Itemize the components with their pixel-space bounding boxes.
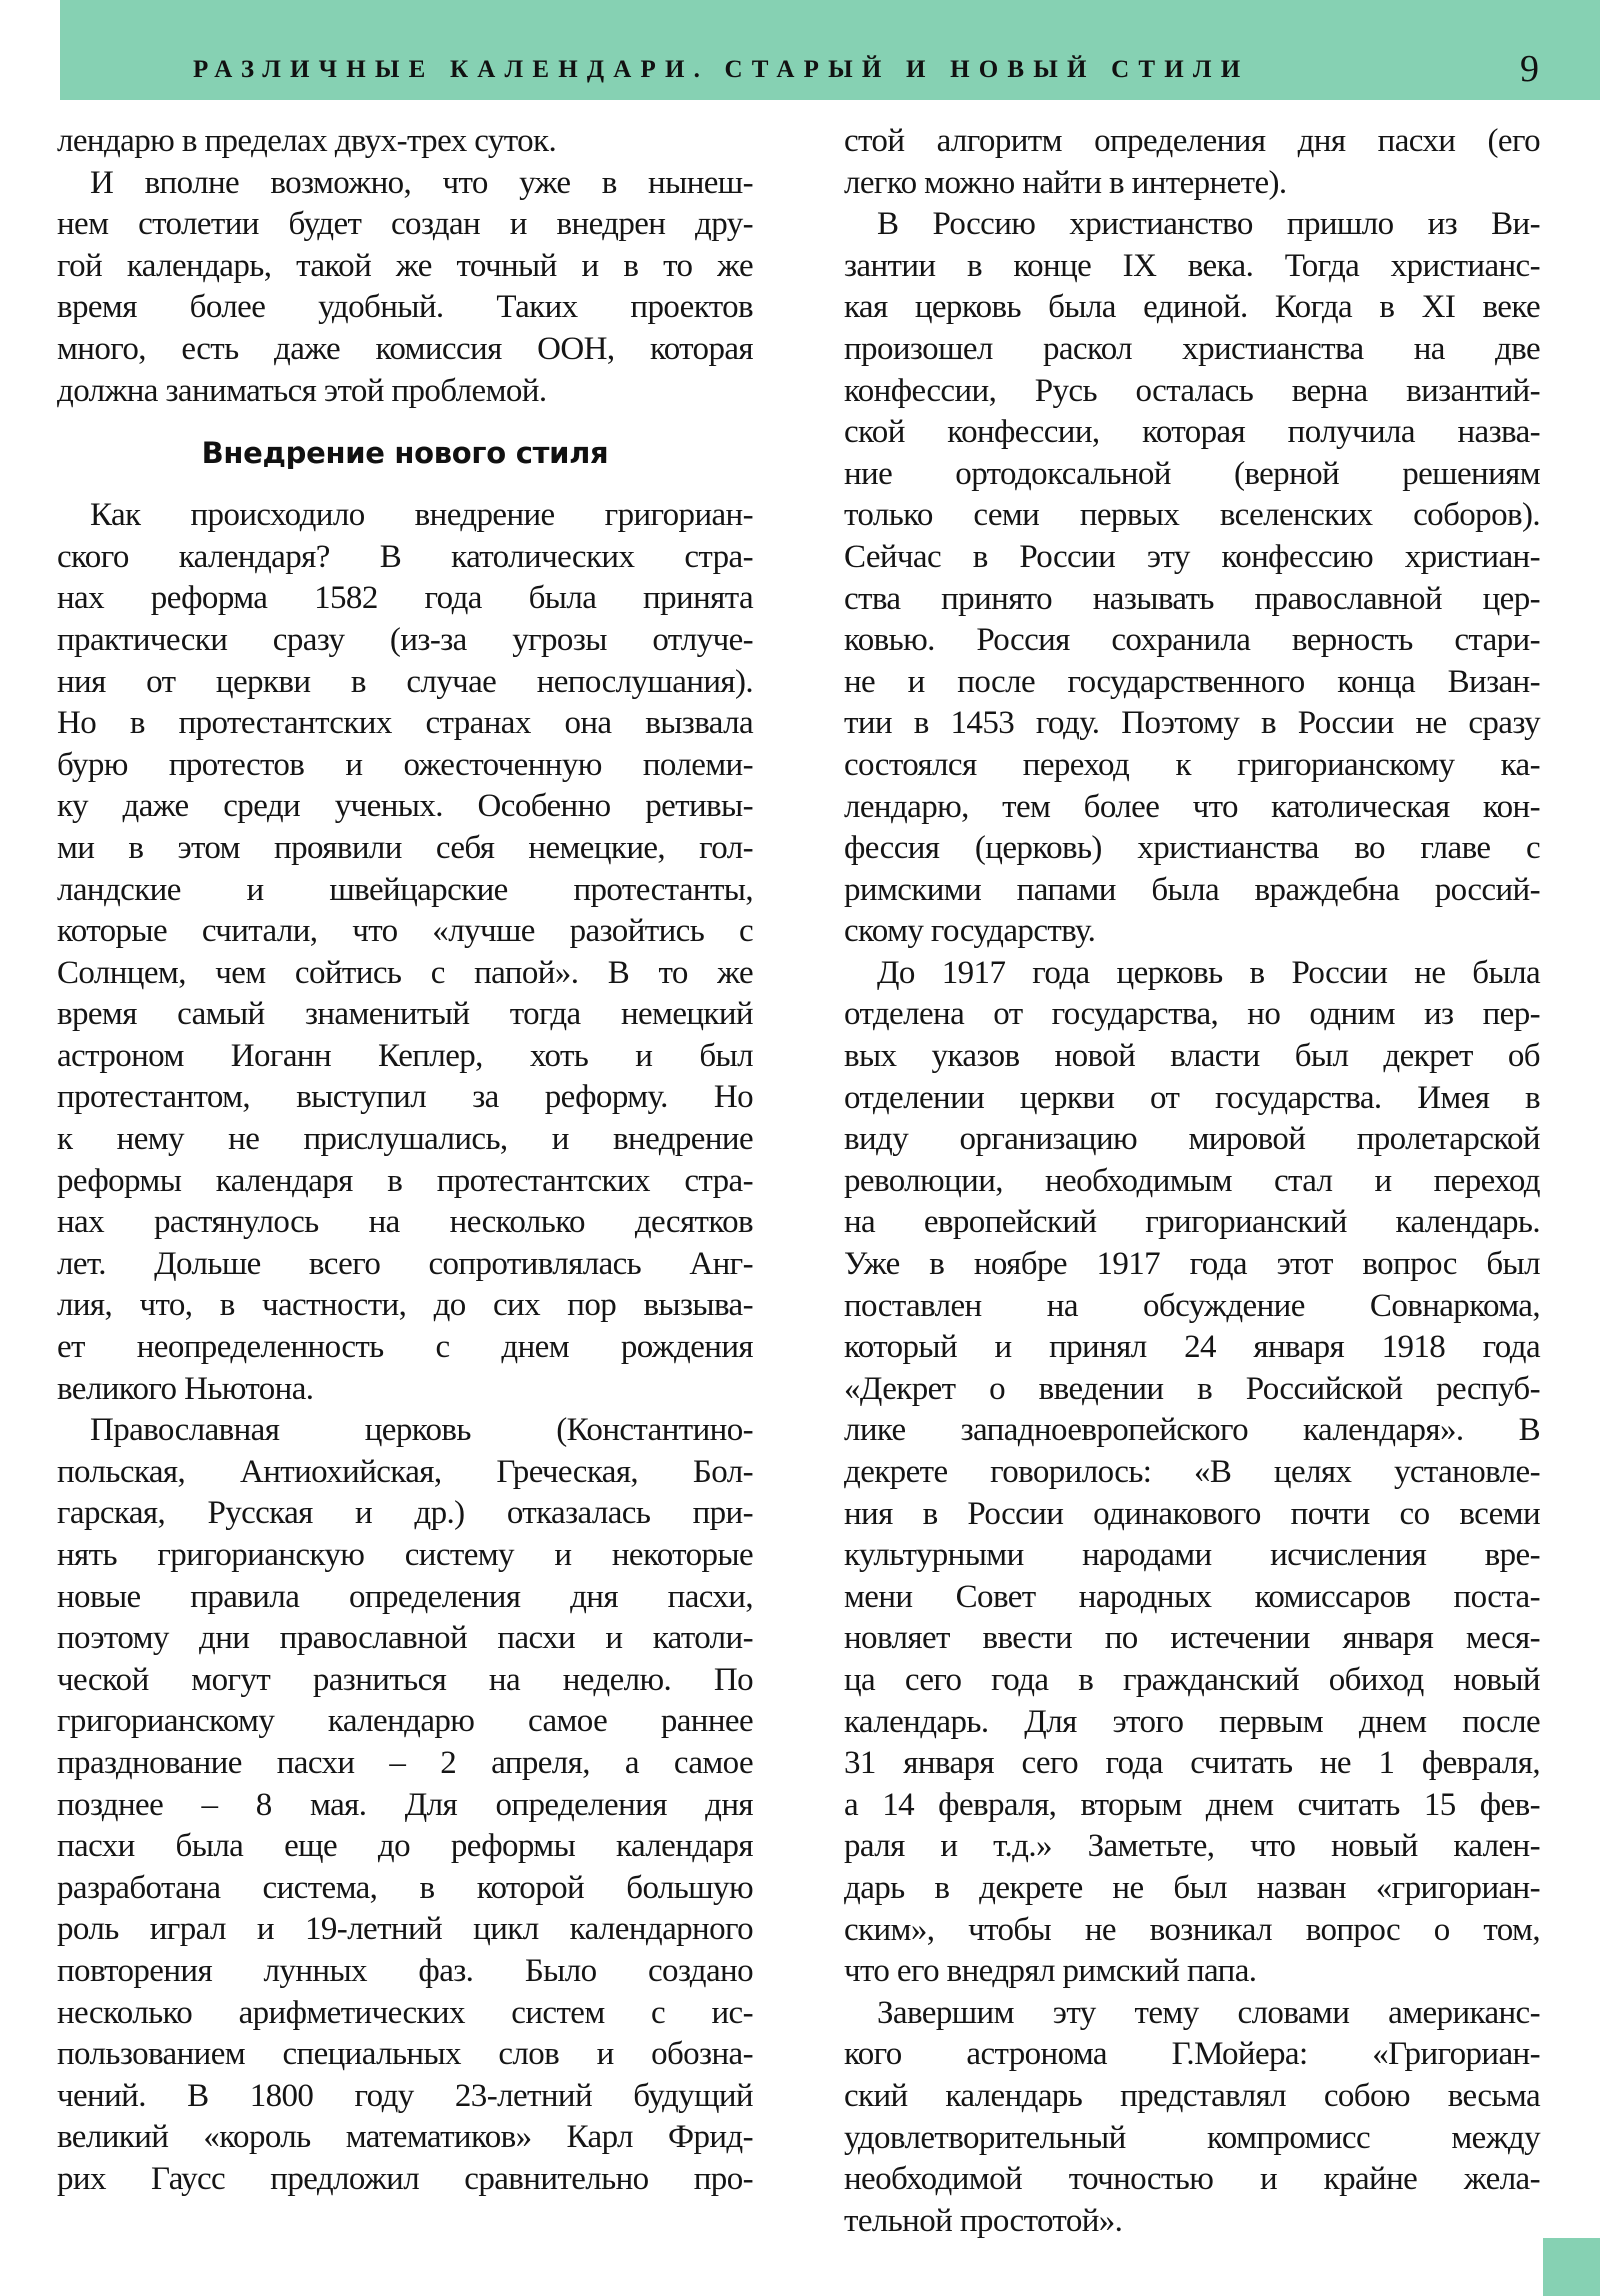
text-line: рих Гаусс предложил сравнительно про-: [57, 2159, 753, 2201]
text-line: время самый знаменитый тогда немецкий: [57, 994, 753, 1036]
text-line: отделении церкви от государства. Имея в: [844, 1078, 1540, 1120]
text-line: григорианскому календарю самое раннее: [57, 1701, 753, 1743]
text-line: стой алгоритм определения дня пасхи (его: [844, 121, 1540, 163]
text-line: должна заниматься этой проблемой.: [57, 371, 753, 413]
text-line: ческой могут разниться на неделю. По: [57, 1660, 753, 1702]
text-line: Но в протестантских странах она вызвала: [57, 703, 753, 745]
text-line: который и принял 24 января 1918 года: [844, 1327, 1540, 1369]
text-line: тии в 1453 году. Поэтому в России не сра…: [844, 703, 1540, 745]
text-line: на европейский григорианский календарь.: [844, 1202, 1540, 1244]
text-line: конфессии, Русь осталась верна византий-: [844, 371, 1540, 413]
text-line: новляет ввести по истечении января меся-: [844, 1618, 1540, 1660]
text-line: ет неопределенность с днем рождения: [57, 1327, 753, 1369]
text-line: чений. В 1800 году 23-летний будущий: [57, 2076, 753, 2118]
text-line: кого астронома Г.Мойера: «Григориан-: [844, 2034, 1540, 2076]
text-line: практически сразу (из-за угрозы отлуче-: [57, 620, 753, 662]
running-header-title: РАЗЛИЧНЫЕ КАЛЕНДАРИ. СТАРЫЙ И НОВЫЙ СТИЛ…: [193, 50, 1249, 90]
text-line: До 1917 года церковь в России не была: [844, 953, 1540, 995]
text-line: ца сего года в гражданский обиход новый: [844, 1660, 1540, 1702]
text-line: нах реформа 1582 года была принята: [57, 578, 753, 620]
text-line: нах растянулось на несколько десятков: [57, 1202, 753, 1244]
text-line: ским», чтобы не возникал вопрос о том,: [844, 1910, 1540, 1952]
section-heading: Внедрение нового стиля: [57, 412, 753, 495]
text-line: астроном Иоганн Кеплер, хоть и был: [57, 1036, 753, 1078]
text-line: ку даже среди ученых. Особенно ретивы-: [57, 786, 753, 828]
text-line: ковью. Россия сохранила верность стари-: [844, 620, 1540, 662]
text-line: великий «король математиков» Карл Фрид-: [57, 2117, 753, 2159]
text-line: празднование пасхи – 2 апреля, а самое: [57, 1743, 753, 1785]
paragraph: И вполне возможно, что уже в нынеш-нем с…: [57, 163, 753, 413]
text-line: Как происходило внедрение григориан-: [57, 495, 753, 537]
text-line: новые правила определения дня пасхи,: [57, 1577, 753, 1619]
text-line: ние ортодоксальной (верной решениям: [844, 454, 1540, 496]
paragraph: Завершим эту тему словами американс-кого…: [844, 1993, 1540, 2243]
text-line: революции, необходимым стал и переход: [844, 1161, 1540, 1203]
page-number: 9: [1520, 44, 1539, 94]
paragraph: Как происходило внедрение григориан-ског…: [57, 495, 753, 1410]
paragraph: лендарю в пределах двух-трех суток.: [57, 121, 753, 163]
text-line: позднее – 8 мая. Для определения дня: [57, 1785, 753, 1827]
paragraph: Православная церковь (Константино-польск…: [57, 1410, 753, 2200]
text-line: которые считали, что «лучше разойтись с: [57, 911, 753, 953]
text-line: римскими папами была враждебна россий-: [844, 870, 1540, 912]
text-line: необходимой точностью и крайне жела-: [844, 2159, 1540, 2201]
text-line: протестантом, выступил за реформу. Но: [57, 1077, 753, 1119]
text-line: отделена от государства, но одним из пер…: [844, 994, 1540, 1036]
text-line: произошел раскол христианства на две: [844, 329, 1540, 371]
text-line: нять григорианскую систему и некоторые: [57, 1535, 753, 1577]
text-line: лия, что, в частности, до сих пор вызыва…: [57, 1285, 753, 1327]
text-line: великого Ньютона.: [57, 1369, 753, 1411]
text-line: реформы календаря в протестантских стра-: [57, 1161, 753, 1203]
text-line: Солнцем, чем сойтись с папой». В то же: [57, 953, 753, 995]
text-line: пасхи была еще до реформы календаря: [57, 1826, 753, 1868]
text-line: лет. Дольше всего сопротивлялась Анг-: [57, 1244, 753, 1286]
text-line: 31 января сего года считать не 1 февраля…: [844, 1743, 1540, 1785]
text-column-left: лендарю в пределах двух-трех суток.И впо…: [57, 121, 753, 2201]
text-line: дарь в декрете не был назван «григориан-: [844, 1868, 1540, 1910]
text-line: роль играл и 19-летний цикл календарного: [57, 1909, 753, 1951]
text-line: декрете говорилось: «В целях установле-: [844, 1452, 1540, 1494]
text-line: культурными народами исчисления вре-: [844, 1535, 1540, 1577]
text-line: время более удобный. Таких проектов: [57, 287, 753, 329]
text-line: календарь. Для этого первым днем после: [844, 1702, 1540, 1744]
text-line: фессия (церковь) христианства во главе с: [844, 828, 1540, 870]
text-line: И вполне возможно, что уже в нынеш-: [57, 163, 753, 205]
text-line: лике западноевропейского календаря». В: [844, 1410, 1540, 1452]
text-line: поставлен на обсуждение Совнаркома,: [844, 1286, 1540, 1328]
text-line: несколько арифметических систем с ис-: [57, 1993, 753, 2035]
text-line: только семи первых вселенских соборов).: [844, 495, 1540, 537]
text-line: ский календарь представлял собою весьма: [844, 2076, 1540, 2118]
text-line: ства принято называть православной цер-: [844, 579, 1540, 621]
text-line: состоялся переход к григорианскому ка-: [844, 745, 1540, 787]
text-line: скому государству.: [844, 911, 1540, 953]
paragraph: До 1917 года церковь в России не былаотд…: [844, 953, 1540, 1993]
text-line: много, есть даже комиссия ООН, которая: [57, 329, 753, 371]
text-line: Сейчас в России эту конфессию христиан-: [844, 537, 1540, 579]
text-line: вых указов новой власти был декрет об: [844, 1036, 1540, 1078]
text-line: В Россию христианство пришло из Ви-: [844, 204, 1540, 246]
text-line: ландские и швейцарские протестанты,: [57, 870, 753, 912]
text-line: гой календарь, такой же точный и в то же: [57, 246, 753, 288]
paragraph: В Россию христианство пришло из Ви-занти…: [844, 204, 1540, 953]
text-line: легко можно найти в интернете).: [844, 163, 1540, 205]
text-line: раля и т.д.» Заметьте, что новый кален-: [844, 1826, 1540, 1868]
text-line: ния от церкви в случае непослушания).: [57, 662, 753, 704]
text-line: виду организацию мировой пролетарской: [844, 1119, 1540, 1161]
text-line: Завершим эту тему словами американс-: [844, 1993, 1540, 2035]
text-line: разработана система, в которой большую: [57, 1868, 753, 1910]
text-line: ского календаря? В католических стра-: [57, 537, 753, 579]
text-line: к нему не прислушались, и внедрение: [57, 1119, 753, 1161]
text-line: лендарю, тем более что католическая кон-: [844, 787, 1540, 829]
text-line: польская, Антиохийская, Греческая, Бол-: [57, 1452, 753, 1494]
text-line: удовлетворительный компромисс между: [844, 2118, 1540, 2160]
text-line: а 14 февраля, вторым днем считать 15 фев…: [844, 1785, 1540, 1827]
text-line: повторения лунных фаз. Было создано: [57, 1951, 753, 1993]
text-line: лендарю в пределах двух-трех суток.: [57, 121, 753, 163]
text-line: ния в России одинакового почти со всеми: [844, 1494, 1540, 1536]
text-line: не и после государственного конца Визан-: [844, 662, 1540, 704]
text-line: гарская, Русская и др.) отказалась при-: [57, 1493, 753, 1535]
text-column-right: стой алгоритм определения дня пасхи (его…: [844, 121, 1540, 2242]
text-line: бурю протестов и ожесточенную полеми-: [57, 745, 753, 787]
text-line: зантии в конце IX века. Тогда христианс-: [844, 246, 1540, 288]
text-line: ской конфессии, которая получила назва-: [844, 412, 1540, 454]
text-line: что его внедрял римский папа.: [844, 1951, 1540, 1993]
text-line: мени Совет народных комиссаров поста-: [844, 1577, 1540, 1619]
text-line: «Декрет о введении в Российской респуб-: [844, 1369, 1540, 1411]
paragraph: стой алгоритм определения дня пасхи (его…: [844, 121, 1540, 204]
text-line: Уже в ноябре 1917 года этот вопрос был: [844, 1244, 1540, 1286]
text-line: ми в этом проявили себя немецкие, гол-: [57, 828, 753, 870]
page-corner-marker: [1543, 2238, 1600, 2296]
text-line: поэтому дни православной пасхи и католи-: [57, 1618, 753, 1660]
text-line: нем столетии будет создан и внедрен дру-: [57, 204, 753, 246]
text-line: кая церковь была единой. Когда в XI веке: [844, 287, 1540, 329]
text-line: пользованием специальных слов и обозна-: [57, 2034, 753, 2076]
text-line: тельной простотой».: [844, 2201, 1540, 2243]
text-line: Православная церковь (Константино-: [57, 1410, 753, 1452]
